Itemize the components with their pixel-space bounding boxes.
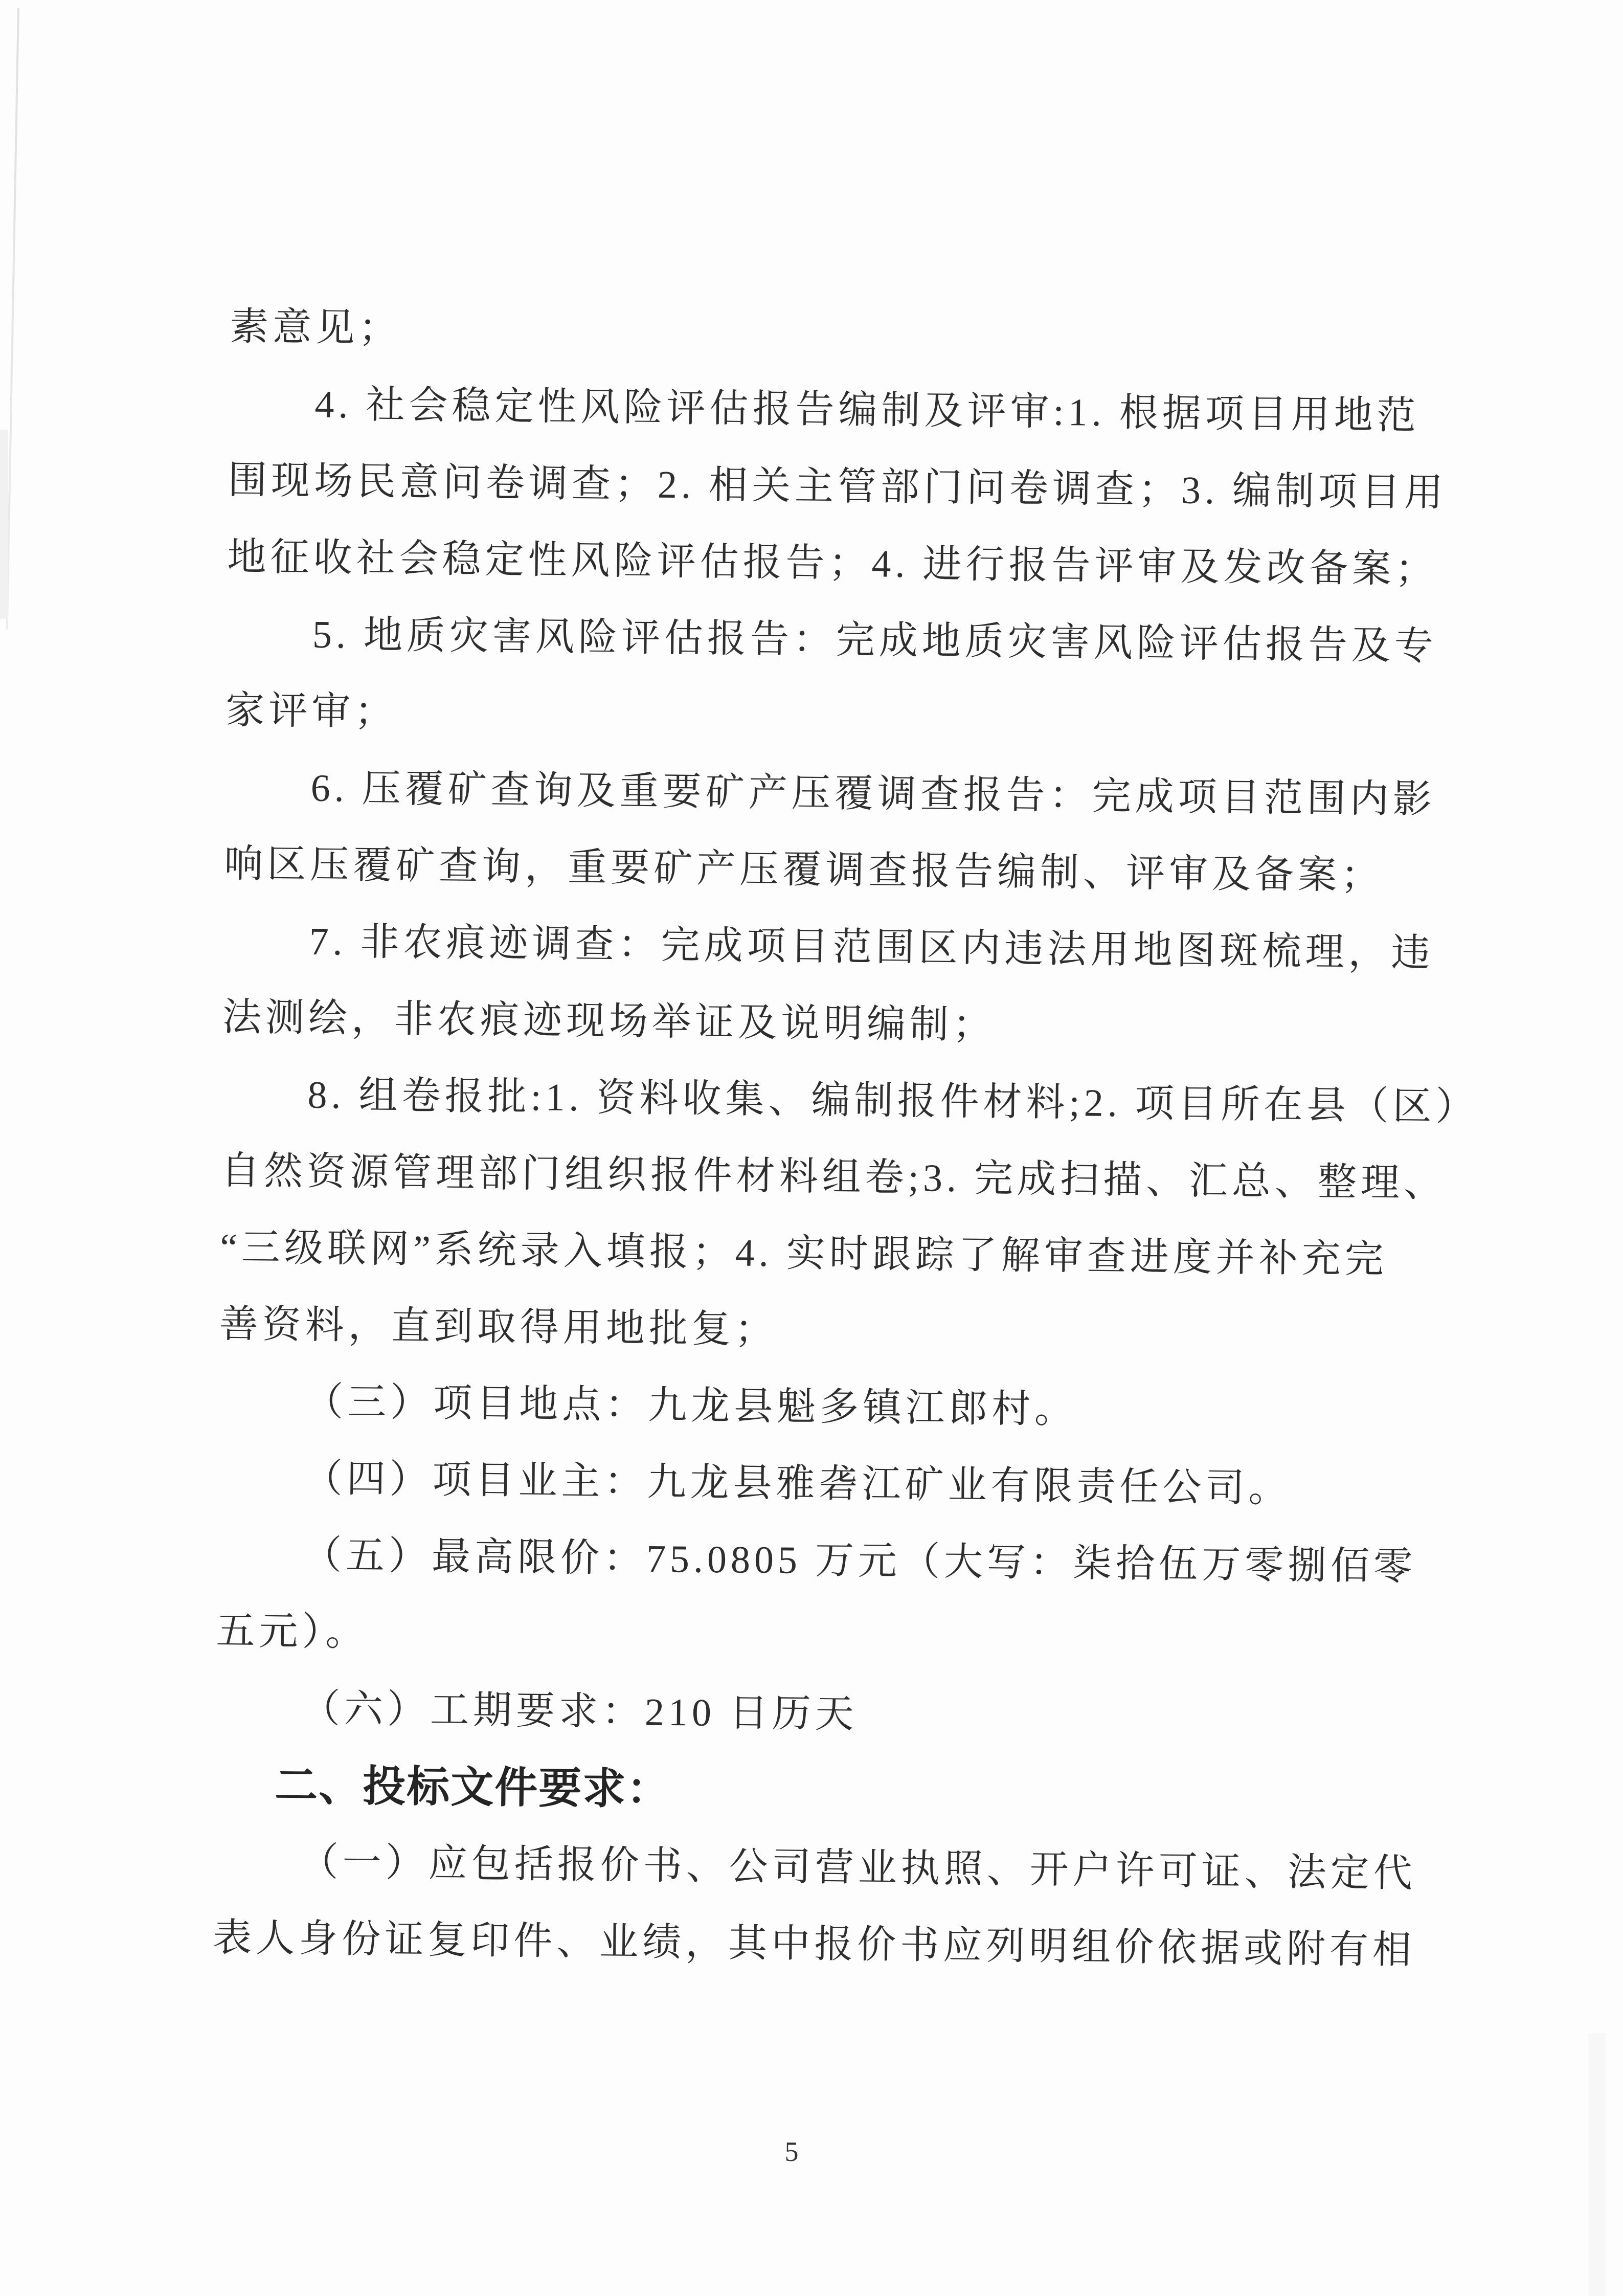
document-body: 素意见；4. 社会稳定性风险评估报告编制及评审:1. 根据项目用地范围现场民意问… — [212, 288, 1447, 1989]
text-line: （四）项目业主：九龙县雅砻江矿业有限责任公司。 — [217, 1439, 1435, 1529]
text-line: 自然资源管理部门组织报件材料组卷;3. 完成扫描、汇总、整理、 — [220, 1132, 1438, 1222]
paragraph: 4. 社会稳定性风险评估报告编制及评审:1. 根据项目用地范围现场民意问卷调查；… — [227, 365, 1447, 608]
text-line: （六）工期要求：210 日历天 — [215, 1669, 1432, 1759]
page-number: 5 — [771, 2136, 812, 2168]
section-heading: 二、投标文件要求： — [214, 1746, 1432, 1836]
text-line: 响区压覆矿查询，重要矿产压覆调查报告编制、评审及备案； — [223, 826, 1441, 915]
scan-artifact-right-shadow — [1588, 2033, 1606, 2296]
paragraph: 7. 非农痕迹调查：完成项目范围区内违法用地图斑梳理，违法测绘，非农痕迹现场举证… — [222, 902, 1440, 1068]
scanned-document-page: 素意见；4. 社会稳定性风险评估报告编制及评审:1. 根据项目用地范围现场民意问… — [0, 0, 1623, 2296]
text-line: 五元）。 — [216, 1593, 1433, 1682]
text-line: 4. 社会稳定性风险评估报告编制及评审:1. 根据项目用地范 — [229, 365, 1446, 455]
text-line: 8. 组卷报批:1. 资料收集、编制报件材料;2. 项目所在县（区） — [221, 1056, 1439, 1145]
text-line: 家评审； — [226, 672, 1443, 762]
paragraph: （六）工期要求：210 日历天 — [215, 1669, 1432, 1759]
text-line: 7. 非农痕迹调查：完成项目范围区内违法用地图斑梳理，违 — [223, 902, 1440, 992]
text-line: 6. 压覆矿查询及重要矿产压覆调查报告：完成项目范围内影 — [224, 749, 1442, 838]
paragraph: 5. 地质灾害风险评估报告：完成地质灾害风险评估报告及专家评审； — [226, 595, 1444, 762]
paragraph: 8. 组卷报批:1. 资料收集、编制报件材料;2. 项目所在县（区）自然资源管理… — [219, 1056, 1439, 1375]
paragraph: 素意见； — [229, 288, 1447, 378]
paragraph: 6. 压覆矿查询及重要矿产压覆调查报告：完成项目范围内影响区压覆矿查询，重要矿产… — [223, 749, 1442, 915]
paragraph: （四）项目业主：九龙县雅砻江矿业有限责任公司。 — [217, 1439, 1435, 1529]
text-line: 5. 地质灾害风险评估报告：完成地质灾害风险评估报告及专 — [226, 595, 1444, 685]
scan-artifact-left-shadow — [0, 430, 8, 619]
paragraph: （一）应包括报价书、公司营业执照、开户许可证、法定代表人身份证复印件、业绩，其中… — [212, 1823, 1431, 1989]
text-line: （三）项目地点：九龙县魁多镇江郎村。 — [218, 1363, 1435, 1452]
text-line: 法测绘，非农痕迹现场举证及说明编制； — [222, 979, 1439, 1068]
paragraph: 二、投标文件要求： — [214, 1746, 1432, 1836]
text-line: 地征收社会稳定性风险评估报告；4. 进行报告评审及发改备案； — [227, 519, 1445, 608]
text-line: （五）最高限价：75.0805 万元（大写：柒拾伍万零捌佰零 — [216, 1516, 1434, 1606]
text-line: （一）应包括报价书、公司营业执照、开户许可证、法定代 — [213, 1823, 1431, 1912]
text-line: 表人身份证复印件、业绩，其中报价书应列明组价依据或附有相 — [212, 1900, 1430, 1989]
text-line: “三级联网”系统录入填报；4. 实时跟踪了解审查进度并补充完 — [220, 1209, 1437, 1299]
paragraph: （五）最高限价：75.0805 万元（大写：柒拾伍万零捌佰零五元）。 — [216, 1516, 1434, 1682]
text-line: 素意见； — [229, 288, 1447, 378]
text-line: 围现场民意问卷调查；2. 相关主管部门问卷调查；3. 编制项目用 — [228, 442, 1445, 531]
paragraph: （三）项目地点：九龙县魁多镇江郎村。 — [218, 1363, 1435, 1452]
text-line: 善资料，直到取得用地批复； — [219, 1286, 1436, 1375]
